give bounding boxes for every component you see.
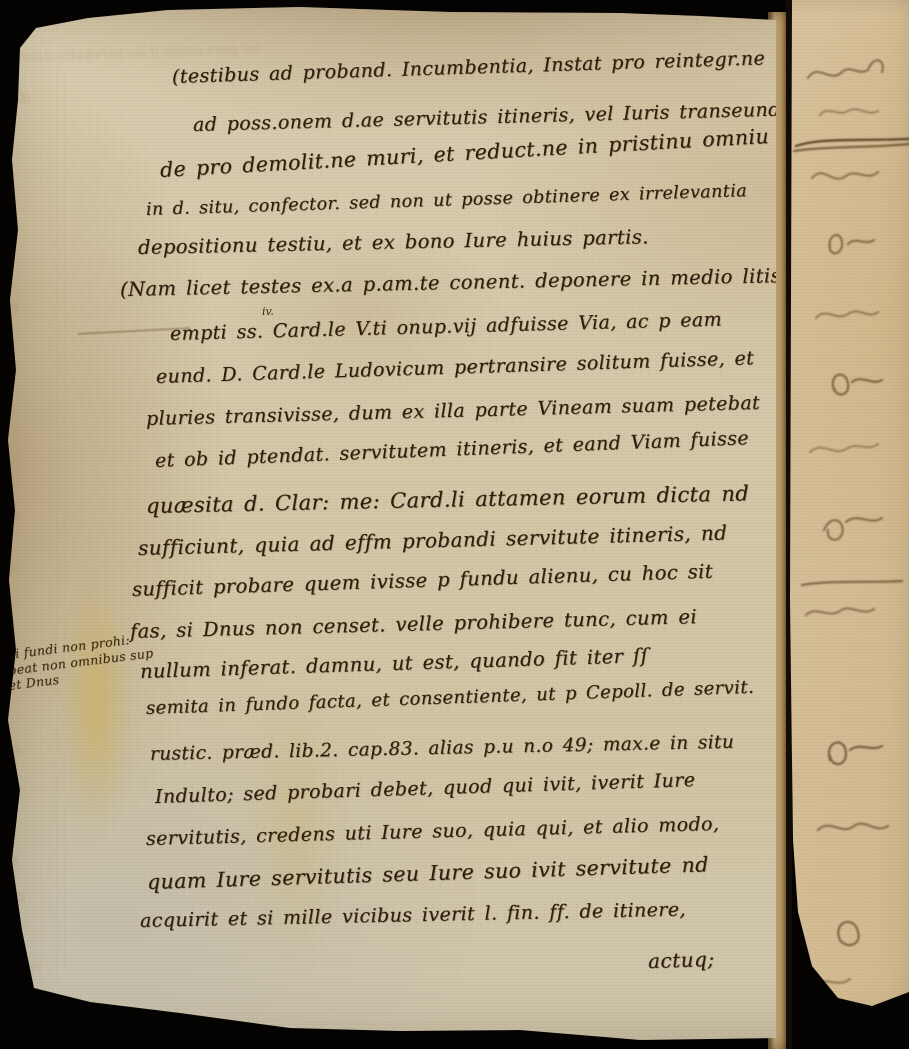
manuscript-line-19: servitutis, credens uti Iure suo, quia q… [146,815,720,849]
manuscript-line-4: in d. situ, confector. sed non ut posse … [146,183,748,219]
manuscript-line-7: empti ss. Card.le V.ti onup.vij adfuisse… [170,311,723,344]
manuscript-line-11: quæsita d. Clar: me: Card.li attamen eor… [146,483,750,517]
illegible-cursive-fragments [790,0,909,1010]
catchword: actuq; [648,947,715,973]
interlinear-note: iv. [262,305,274,318]
manuscript-line-6: (Nam licet testes ex.a p.am.te conent. d… [120,266,781,299]
manuscript-line-17: rustic. præd. lib.2. cap.83. alias p.u n… [150,734,735,765]
bleedthrough-text: fas, si Dnus non censet. velle prohibere… [0,960,40,987]
manuscript-line-15: nullum inferat. damnu, ut est, quando fi… [140,646,649,681]
bleedthrough-text: quæsita d. Clar: me: Card.li attamen eor… [0,508,20,537]
paper-stain [62,575,132,835]
manuscript-line-16: semita in fundo facta, et consentiente, … [146,679,755,718]
manuscript-line-5: depositionu testiu, et ex bono Iure huiu… [138,227,649,257]
left-page: ad poss.onem d.ae servitutis itineris, v… [0,0,909,1049]
manuscript-line-21: acquirit et si mille vicibus iverit l. f… [140,901,686,931]
bleedthrough-text: de pro demolit.ne muri, et reduct.ne in … [0,90,30,121]
bleedthrough-text: semita in fundo facta, et consentiente, … [0,742,22,773]
bleedthrough-text: pluries transivisse, dum ex illa parte V… [0,345,14,376]
bleedthrough-text: sufficit probare quem ivisse p fundu ali… [0,560,16,587]
manuscript-line-12: sufficiunt, quia ad effm probandi servit… [138,523,728,558]
manuscript-line-13: sufficit probare quem ivisse p fundu ali… [132,562,714,600]
manuscript-line-1: (testibus ad proband. Incumbentia, Insta… [172,49,766,87]
bleedthrough-text: servitutis, credens uti Iure suo, quia q… [0,852,18,881]
manuscript-line-10: et ob id ptendat. servitutem itineris, e… [155,429,750,471]
manuscript-line-8: eund. D. Card.le Ludovicum pertransire s… [156,349,755,387]
bleedthrough-text: acquirit et si mille vicibus iverit l. f… [0,888,24,918]
manuscript-line-9: pluries transivisse, dum ex illa parte V… [146,394,761,429]
manuscript-line-20: quam Iure servitutis seu Iure suo ivit s… [147,854,709,892]
manuscript-line-18: Indulto; sed probari debet, quod qui ivi… [155,771,696,807]
margin-note: si fundi non prohi:beat non omnibus supe… [8,638,154,685]
bleedthrough-text: (Nam licet testes ex.a p.am.te conent. d… [0,300,18,331]
book-photograph: ad poss.onem d.ae servitutis itineris, v… [0,0,909,1049]
manuscript-line-14: fas, si Dnus non censet. velle prohibere… [130,607,697,641]
